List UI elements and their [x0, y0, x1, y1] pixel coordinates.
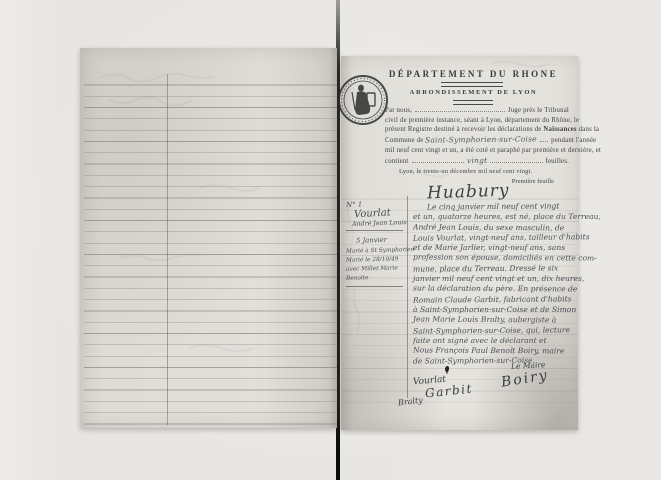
dotted-fill	[415, 111, 505, 112]
dotted-fill	[412, 162, 464, 163]
left-page-blank	[80, 48, 337, 428]
act-text-line: Romain Claude Garbit, fabricant d'habits	[413, 294, 573, 306]
registry-book-scan: DÉPARTEMENT DU RHONE ARRONDISSEMENT DE L…	[0, 0, 661, 480]
act-date: 5 Janvier	[356, 235, 405, 245]
act-text-line: Louis Vourlat, vingt-neuf ans, tailleur …	[413, 232, 573, 244]
margin-separator-rule	[407, 196, 408, 398]
ruled-lines	[84, 74, 337, 425]
department-title: DÉPARTEMENT DU RHONE	[375, 69, 572, 79]
preamble-text: dans la	[579, 125, 599, 135]
child-forenames: André Jean Louis	[352, 219, 405, 228]
dotted-fill	[490, 162, 542, 163]
witness-signature: Bralty	[398, 396, 424, 408]
republique-francaise-seal-icon	[335, 72, 391, 128]
sheet-number-label: Première feuille	[512, 178, 554, 185]
preamble-text: mil neuf cent vingt et un, a été coté et…	[385, 146, 601, 156]
child-surname: Vourlat	[354, 207, 406, 221]
marginal-mentions: Marié à St SymphorienMarié le 28/10/49av…	[346, 247, 405, 283]
preamble-text: civil de première instance, séant à Lyon…	[385, 116, 579, 126]
act-heading-scrawl: Huabury	[427, 181, 510, 204]
act-text-line: sur la déclaration du père. En présence …	[413, 284, 573, 295]
preamble-text: Commune de	[385, 136, 423, 146]
preamble-text: Juge près le Tribunal	[508, 106, 569, 116]
sheet-count-handwritten: vingt	[467, 155, 487, 165]
ink-blot	[445, 366, 449, 372]
preamble-text: pendant l'année	[551, 136, 596, 146]
act-text-line: faite ont signé avec le déclarant et	[413, 336, 573, 346]
margin-rule	[167, 74, 168, 425]
title-rule	[441, 82, 503, 87]
marginal-mention-line: Benoite	[346, 273, 405, 284]
title-rule	[453, 100, 493, 105]
naissances-label: Naissances	[543, 125, 576, 135]
commune-name-handwritten: Saint-Symphorien-sur-Coise	[425, 135, 537, 146]
act-text-line: mune, place du Terreau. Dressé le six	[413, 263, 573, 275]
preamble-text: Par nous,	[385, 106, 412, 116]
margin-rule	[346, 286, 403, 287]
register-preamble: Par nous, Juge près le Tribunal civil de…	[385, 106, 569, 166]
act-text-line: et un, quatorze heures, est né, place du…	[413, 212, 573, 222]
birth-act-text: Le cinq janvier mil neuf cent vingtet un…	[413, 202, 573, 367]
preamble-text: contient	[385, 157, 409, 167]
right-page-act: DÉPARTEMENT DU RHONE ARRONDISSEMENT DE L…	[341, 56, 578, 430]
margin-rule	[346, 230, 403, 231]
act-text-line: de Saint-Symphorien-sur-Coise.	[413, 356, 573, 368]
act-margin-notes: N° 1 Vourlat André Jean Louis 5 Janvier …	[346, 200, 405, 292]
preamble-text: feuilles.	[546, 157, 570, 167]
ink-bleed	[80, 48, 337, 428]
act-text-line: Le cinq janvier mil neuf cent vingt	[413, 201, 573, 213]
act-text-line: Jean Marie Louis Bralty, aubergiste à	[413, 315, 573, 326]
dotted-fill	[540, 141, 548, 142]
act-text-line: Saint-Symphorien-sur-Coise, qui, lecture	[413, 325, 573, 337]
arrondissement-title: ARRONDISSEMENT DE LYON	[375, 89, 572, 96]
certification-dateline: Lyon, le trente-un décembre mil neuf cen…	[399, 168, 532, 175]
mayor-signature: Boiry	[500, 367, 550, 390]
